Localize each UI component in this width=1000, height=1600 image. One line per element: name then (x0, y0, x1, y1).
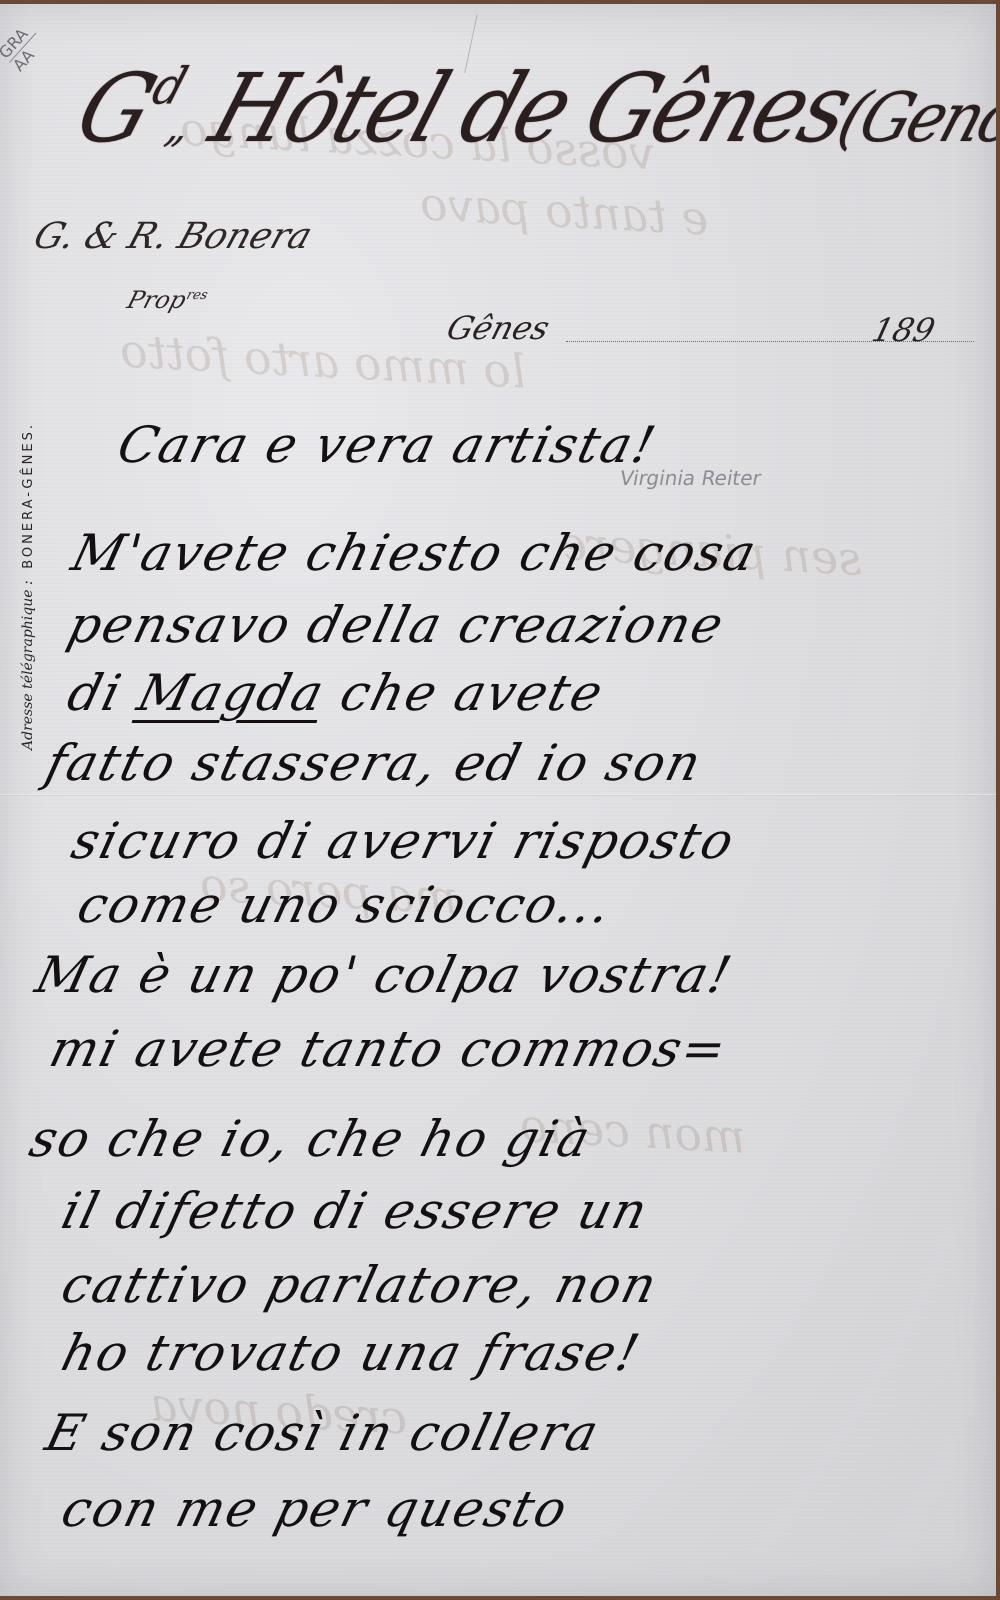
letter-line: Ma è un po' colpa vostra! (30, 946, 739, 1004)
letter-line: ho trovato una frase! (56, 1324, 647, 1382)
letter-line: con me per questo (56, 1480, 575, 1538)
letter-page: vosso la cozza lungo e tanto pavo lo mmo… (0, 4, 996, 1596)
letter-line: so che io, che ho già (24, 1110, 597, 1168)
letter-line: di Magda che avete di Magda che avete (62, 664, 610, 722)
letter-line: il difetto di essere un (56, 1182, 655, 1240)
letter-body: Cara e vera artista! M'avete chiesto che… (0, 4, 996, 1596)
letter-line: E son così in collera (40, 1404, 606, 1462)
underlined-title: Magda (132, 664, 331, 722)
letter-line: cattivo parlatore, non (56, 1256, 664, 1314)
letter-line: fatto stassera, ed io son (40, 734, 708, 792)
letter-line: mi avete tanto commos= (44, 1020, 734, 1078)
letter-line: come uno sciocco... (72, 876, 619, 934)
letter-line: M'avete chiesto che cosa (66, 524, 763, 582)
letter-line: pensavo della creazione (62, 596, 731, 654)
letter-line: Cara e vera artista! (112, 416, 663, 474)
letter-line: sicuro di avervi risposto (66, 812, 741, 870)
